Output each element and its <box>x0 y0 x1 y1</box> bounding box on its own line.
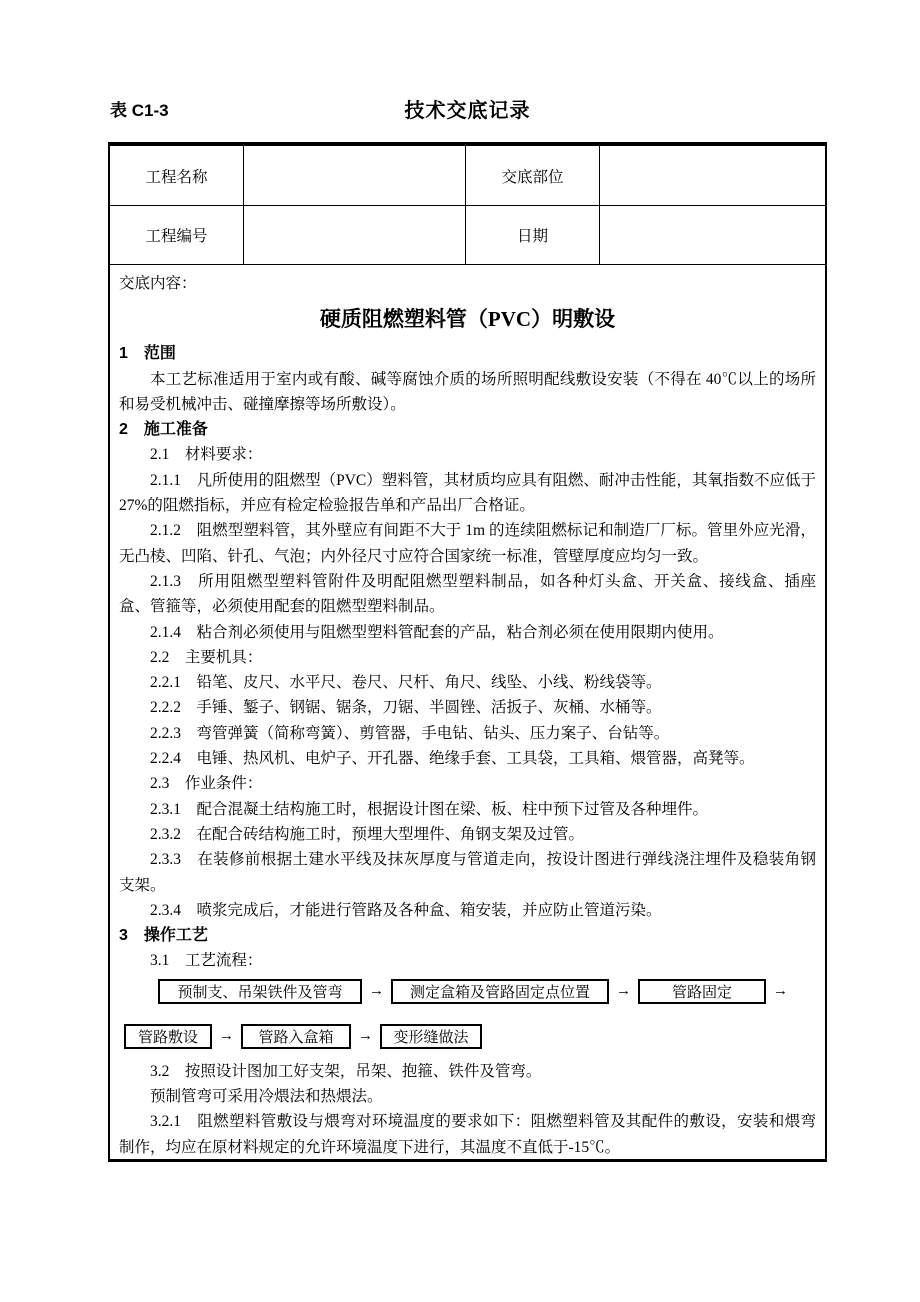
info-table-row: 工程编号 日期 <box>110 206 825 265</box>
value-project-name <box>244 146 466 206</box>
paragraph: 本工艺标准适用于室内或有酸、碱等腐蚀介质的场所照明配线敷设安装（不得在 40℃以… <box>119 367 816 418</box>
arrow-right-icon: → <box>369 983 384 1000</box>
paragraph: 2.1.2 阻燃型塑料管，其外壁应有间距不大于 1m 的连续阻燃标记和制造厂厂标… <box>119 518 816 569</box>
flow-step-expansion-joint: 变形缝做法 <box>380 1024 482 1049</box>
arrow-right-icon: → <box>358 1028 373 1045</box>
paragraph: 2.3.1 配合混凝土结构施工时，根据设计图在梁、板、柱中预下过管及各种埋件。 <box>119 797 816 822</box>
paragraph: 2.1 材料要求： <box>119 442 816 467</box>
paragraph: 2.3.3 在装修前根据土建水平线及抹灰厚度与管道走向，按设计图进行弹线浇注埋件… <box>119 847 816 898</box>
disclosure-content: 交底内容： 硬质阻燃塑料管（PVC）明敷设 1 范围 本工艺标准适用于室内或有酸… <box>110 265 825 1159</box>
paragraph: 2.1.3 所用阻燃型塑料管附件及明配阻燃型塑料制品，如各种灯头盒、开关盒、接线… <box>119 569 816 620</box>
paragraph: 2.2.3 弯管弹簧（简称弯簧）、剪管器，手电钻、钻头、压力案子、台钻等。 <box>119 721 816 746</box>
value-project-number <box>244 206 466 265</box>
flow-step-prefab-supports: 预制支、吊架铁件及管弯 <box>158 979 362 1004</box>
label-date: 日期 <box>466 206 600 265</box>
record-sheet: 工程名称 交底部位 工程编号 日期 交底内容： 硬质阻燃塑料管（PVC）明敷设 … <box>108 142 827 1162</box>
label-disclosure-part: 交底部位 <box>466 146 600 206</box>
paragraph: 2.3.4 喷浆完成后，才能进行管路及各种盒、箱安装，并应防止管道污染。 <box>119 898 816 923</box>
paragraph: 2.2.4 电锤、热风机、电炉子、开孔器、绝缘手套、工具袋，工具箱、煨管器，高凳… <box>119 746 816 771</box>
flow-step-lay-conduit: 管路敷设 <box>124 1024 212 1049</box>
document-page: 表 C1-3 技术交底记录 工程名称 交底部位 工程编号 日期 交底内容： 硬质… <box>0 0 920 1302</box>
label-project-number: 工程编号 <box>110 206 244 265</box>
paragraph: 2.2.1 铅笔、皮尺、水平尺、卷尺、尺杆、角尺、线坠、小线、粉线袋等。 <box>119 670 816 695</box>
value-date <box>600 206 825 265</box>
arrow-right-icon: → <box>616 983 631 1000</box>
section-heading: 3 操作工艺 <box>119 923 816 948</box>
flow-step-locate-boxes: 测定盒箱及管路固定点位置 <box>391 979 609 1004</box>
paragraph: 3.2 按照设计图加工好支架，吊架、抱箍、铁件及管弯。 <box>119 1059 816 1084</box>
info-table-row: 工程名称 交底部位 <box>110 146 825 206</box>
paragraph: 2.2 主要机具： <box>119 645 816 670</box>
paragraph: 3.2.1 阻燃塑料管敷设与煨弯对环境温度的要求如下：阻燃塑料管及其配件的敷设，… <box>119 1109 816 1159</box>
flowchart-row: 管路敷设 → 管路入盒箱 → 变形缝做法 <box>124 1024 816 1049</box>
label-project-name: 工程名称 <box>110 146 244 206</box>
paragraph: 2.2.2 手锤、錾子、钢锯、锯条，刀锯、半圆锉、活扳子、灰桶、水桶等。 <box>119 695 816 720</box>
paragraph: 预制管弯可采用冷煨法和热煨法。 <box>119 1084 816 1109</box>
paragraph: 2.1.1 凡所使用的阻燃型（PVC）塑料管，其材质均应具有阻燃、耐冲击性能，其… <box>119 468 816 519</box>
paragraph: 2.1.4 粘合剂必须使用与阻燃型塑料管配套的产品，粘合剂必须在使用限期内使用。 <box>119 620 816 645</box>
arrow-right-icon: → <box>219 1028 234 1045</box>
flow-step-conduit-into-box: 管路入盒箱 <box>241 1024 351 1049</box>
content-label: 交底内容： <box>119 271 816 296</box>
value-disclosure-part <box>600 146 825 206</box>
section-heading: 1 范围 <box>119 341 816 366</box>
arrow-right-icon: → <box>773 983 788 1000</box>
paragraph: 2.3.2 在配合砖结构施工时，预埋大型埋件、角钢支架及过管。 <box>119 822 816 847</box>
flowchart-row: 预制支、吊架铁件及管弯 → 测定盒箱及管路固定点位置 → 管路固定 → <box>158 979 816 1004</box>
paragraph: 2.3 作业条件： <box>119 771 816 796</box>
page-title: 技术交底记录 <box>108 98 827 124</box>
section-heading: 2 施工准备 <box>119 417 816 442</box>
flow-step-fix-conduit: 管路固定 <box>638 979 766 1004</box>
paragraph: 3.1 工艺流程： <box>119 948 816 973</box>
doc-title: 硬质阻燃塑料管（PVC）明敷设 <box>119 303 816 335</box>
